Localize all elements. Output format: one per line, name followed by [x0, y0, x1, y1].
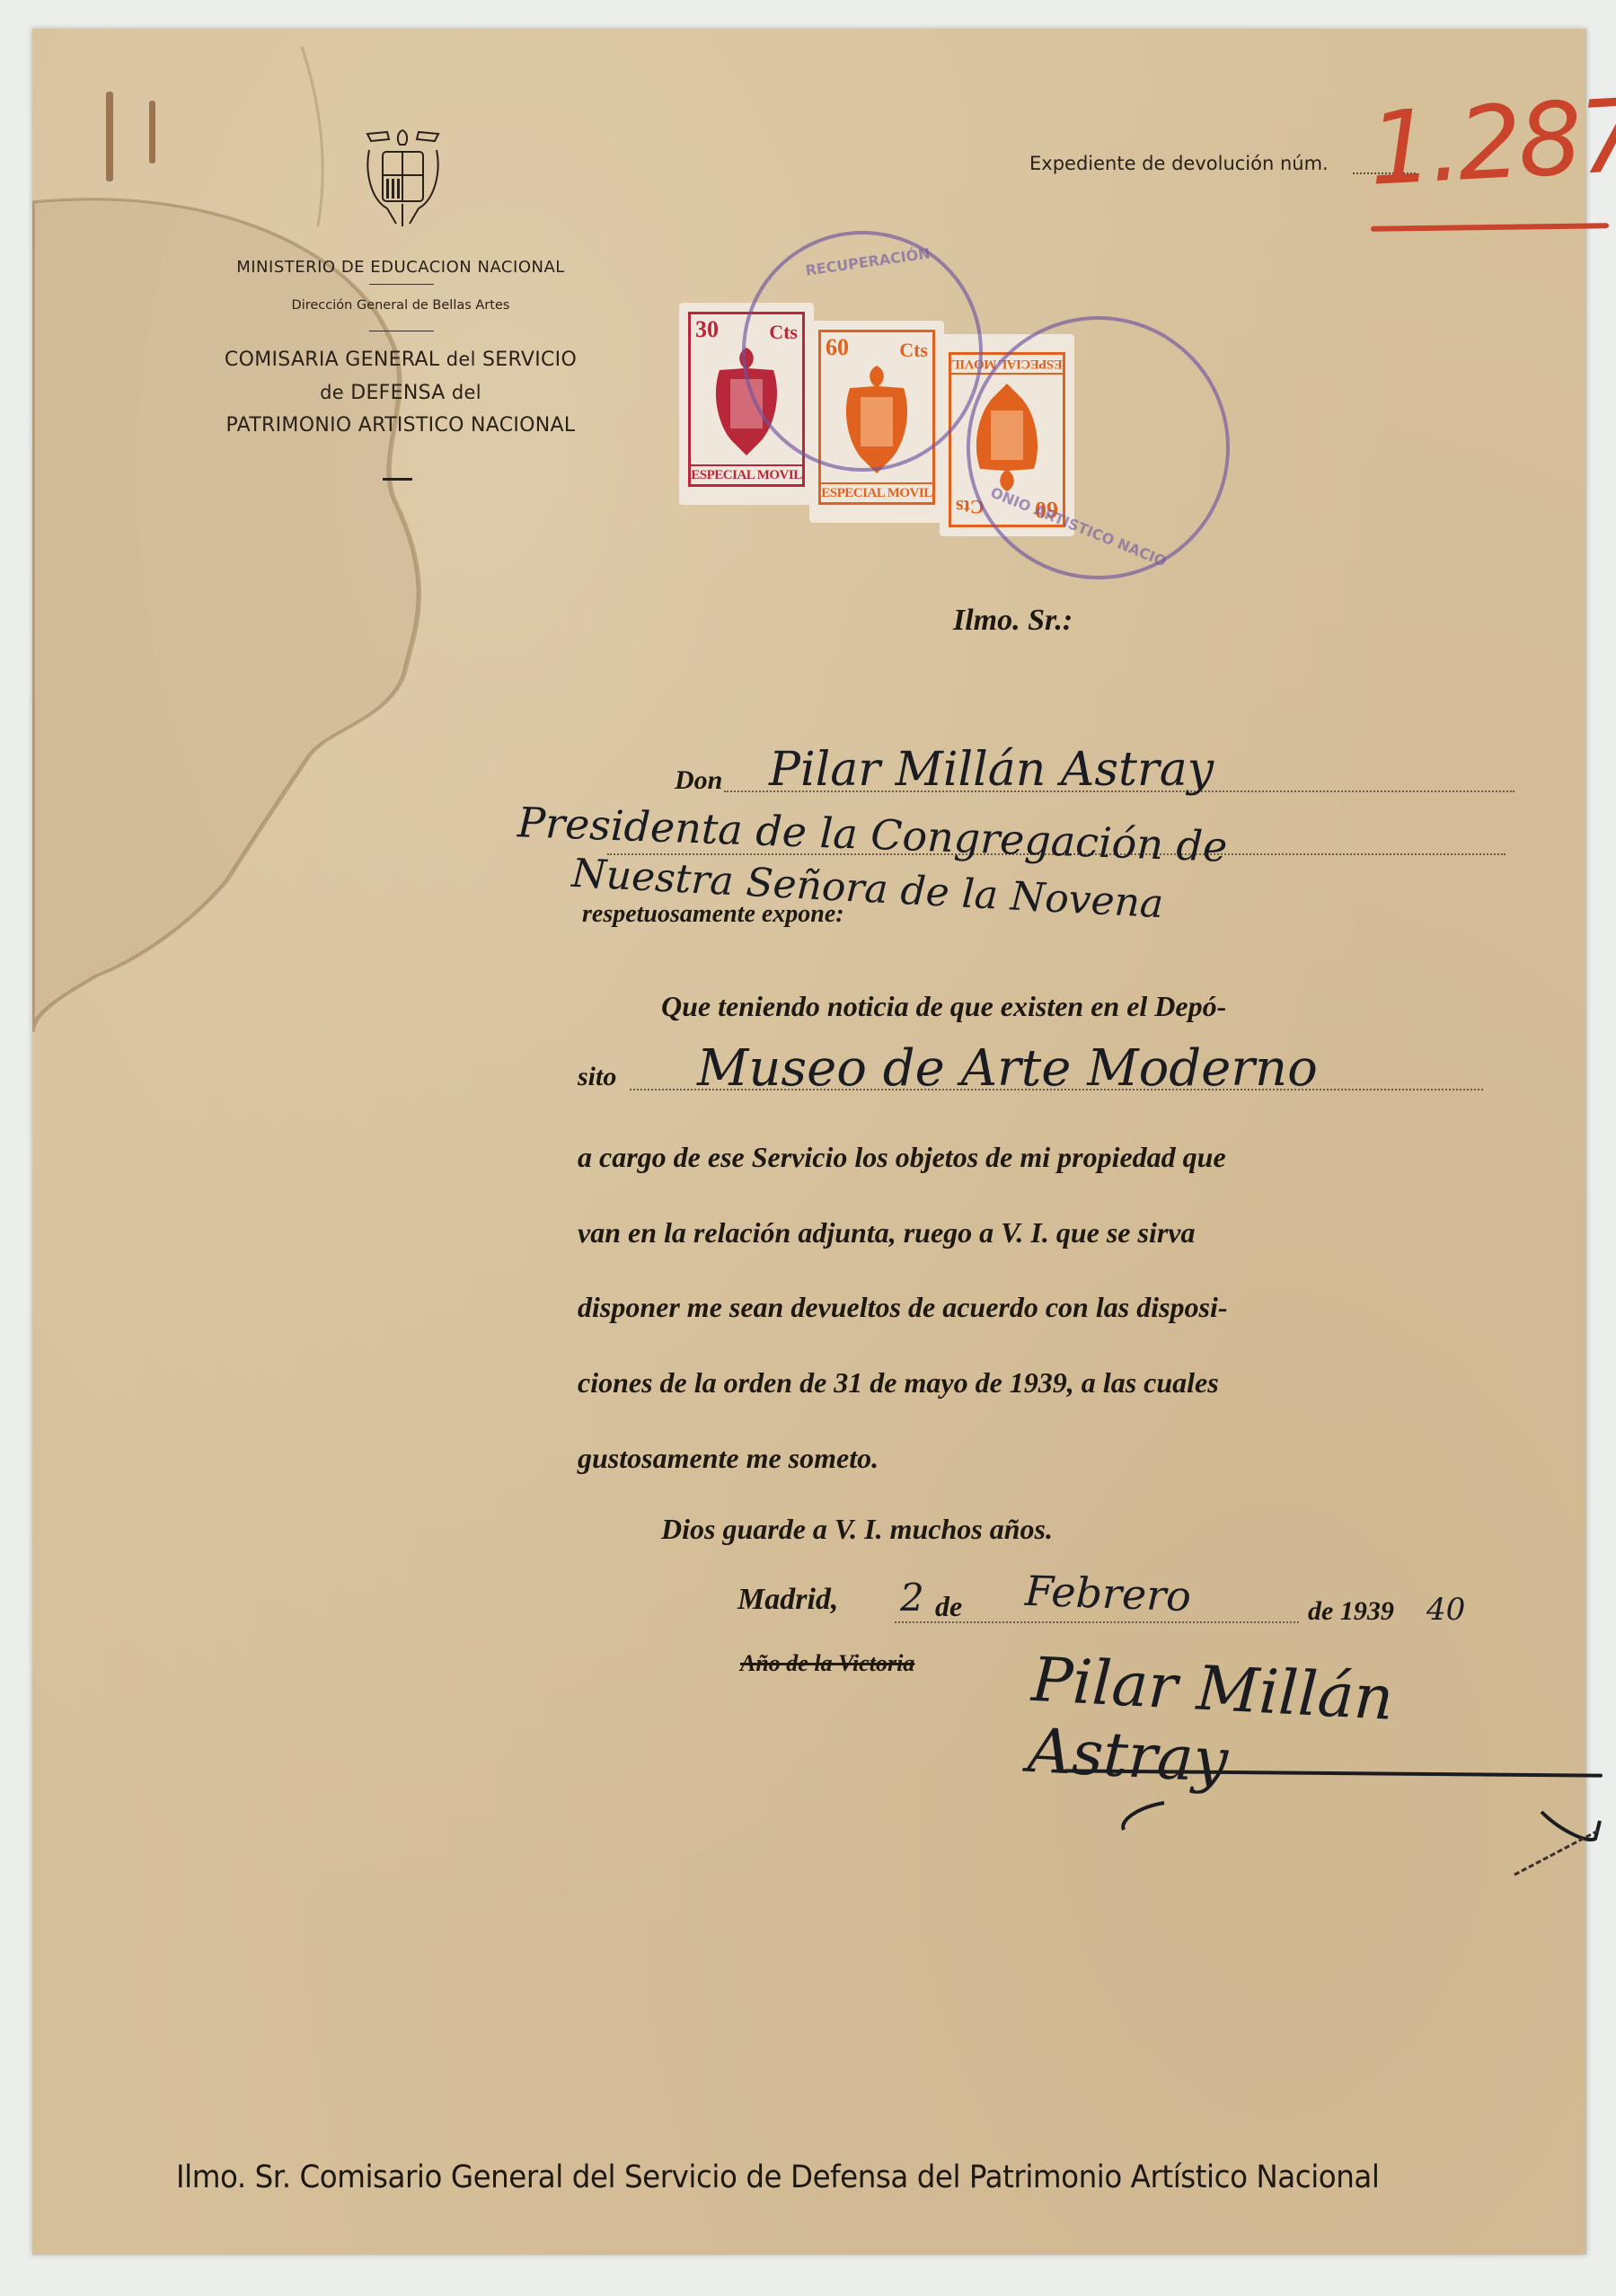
signature-handwritten: Pilar Millán Astray — [1026, 1645, 1589, 1815]
divider — [369, 331, 434, 331]
date-de-label: de — [935, 1590, 962, 1623]
divider — [369, 284, 434, 285]
expone-label: respetuosamente expone: — [582, 900, 844, 929]
footer-addressee: Ilmo. Sr. Comisario General del Servicio… — [176, 2159, 1379, 2195]
closing-formula: Dios guarde a V. I. muchos años. — [661, 1513, 1053, 1546]
date-dotline — [895, 1621, 1299, 1623]
expediente-number: 1.287 — [1366, 77, 1616, 208]
date-year-correction-handwritten: 40 — [1426, 1592, 1465, 1628]
don-label: Don — [675, 765, 722, 796]
body-line-1: Que teniendo noticia de que existen en e… — [661, 990, 1480, 1023]
salutation: Ilmo. Sr.: — [953, 604, 1073, 638]
date-place: Madrid, — [737, 1583, 838, 1617]
divider — [383, 478, 412, 481]
direction-name: Dirección General de Bellas Artes — [167, 298, 634, 313]
expediente-label: Expediente de devolución núm. — [1029, 153, 1329, 174]
ministry-name: MINISTERIO DE EDUCACION NACIONAL — [167, 258, 634, 277]
struck-text: Año de la Victoria — [740, 1650, 914, 1677]
rust-mark — [106, 92, 113, 181]
commission-name: COMISARIA GENERAL del SERVICIO de DEFENS… — [167, 343, 634, 442]
crest-icon — [360, 123, 446, 231]
body-line-6: ciones de la orden de 31 de mayo de 1939… — [578, 1366, 1480, 1400]
sito-label: sito — [578, 1062, 616, 1092]
deposit-handwritten: Museo de Arte Moderno — [697, 1039, 1318, 1098]
petitioner-name-handwritten: Pilar Millán Astray — [769, 743, 1214, 797]
date-month-handwritten: Febrero — [1024, 1567, 1192, 1620]
document-page: MINISTERIO DE EDUCACION NACIONAL Direcci… — [32, 29, 1586, 2255]
date-day-handwritten: 2 — [900, 1576, 924, 1620]
body-line-3: a cargo de ese Servicio los objetos de m… — [578, 1141, 1480, 1174]
body-line-7: gustosamente me someto. — [578, 1442, 1480, 1475]
body-line-4: van en la relación adjunta, ruego a V. I… — [578, 1216, 1480, 1250]
body-line-5: disponer me sean devueltos de acuerdo co… — [578, 1291, 1480, 1324]
rust-mark — [149, 101, 155, 163]
signature-flourish — [1101, 1794, 1604, 1902]
date-year-label: de 1939 — [1308, 1596, 1394, 1627]
